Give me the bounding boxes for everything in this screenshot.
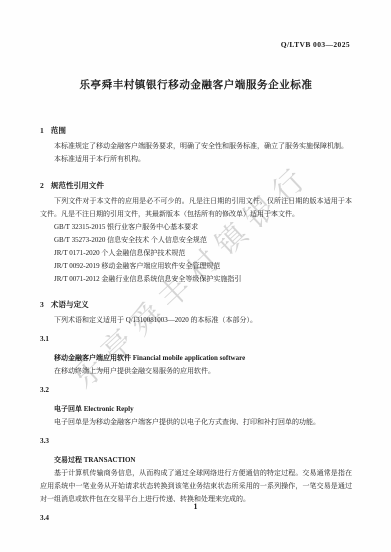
section-1-heading: 1范围 <box>40 124 352 137</box>
section-2-title: 规范性引用文件 <box>51 181 104 190</box>
reference-item: JR/T 0092-2019 移动金融客户端应用软件安全管理规范 <box>40 260 352 273</box>
document-title: 乐亭舜丰村镇银行移动金融客户端服务企业标准 <box>40 78 352 93</box>
section-2-intro: 下列文件对于本文件的应用是必不可少的。凡是注日期的引用文件，仅所注日期的版本适用… <box>40 195 352 221</box>
section-3-title: 术语与定义 <box>51 300 89 309</box>
reference-item: GB/T 32315-2015 银行业客户服务中心基本要求 <box>40 221 352 234</box>
section-2-number: 2 <box>40 181 44 190</box>
term-3-1-definition: 在移动终端上为用户提供金融交易服务的应用软件。 <box>40 365 352 378</box>
term-3-2-definition: 电子回单是为移动金融客户端客户提供的以电子化方式查询、打印和补打回单的功能。 <box>40 416 352 429</box>
page-number: 1 <box>0 502 391 511</box>
term-3-1-number: 3.1 <box>40 333 352 346</box>
reference-item: GB/T 35273-2020 信息安全技术 个人信息安全规范 <box>40 234 352 247</box>
term-3-2-name: 电子回单 Electronic Reply <box>40 403 352 416</box>
section-2-heading: 2规范性引用文件 <box>40 179 352 192</box>
reference-item: JR/T 0071-2012 金融行业信息系统信息安全等级保护实施指引 <box>40 273 352 286</box>
normative-references-list: GB/T 32315-2015 银行业客户服务中心基本要求 GB/T 35273… <box>40 221 352 286</box>
section-3-heading: 3术语与定义 <box>40 298 352 311</box>
document-page: 乐亭舜丰村镇银行 Q/LTVB 003—2025 乐亭舜丰村镇银行移动金融客户端… <box>0 0 391 552</box>
term-3-3-number: 3.3 <box>40 435 352 448</box>
reference-item: JR/T 0171-2020 个人金融信息保护技术规范 <box>40 247 352 260</box>
term-3-3-name: 交易过程 TRANSACTION <box>40 454 352 467</box>
document-body: 乐亭舜丰村镇银行移动金融客户端服务企业标准 1范围 本标准规定了移动金融客户端服… <box>40 0 352 525</box>
section-3-intro: 下列术语和定义适用于 Q/1310081003—2020 的本标准（本部分）。 <box>40 314 352 327</box>
term-3-3-definition: 基于计算机传输商务信息，从而构成了通过全球网络进行方便通信的特定过程。交易通常是… <box>40 467 352 506</box>
term-3-2-number: 3.2 <box>40 384 352 397</box>
term-3-4-number: 3.4 <box>40 512 352 525</box>
section-3-number: 3 <box>40 300 44 309</box>
section-1-number: 1 <box>40 126 44 135</box>
section-1-paragraph-1: 本标准规定了移动金融客户端服务要求，明确了安全性和服务标准，确立了服务实施保障机… <box>40 140 352 153</box>
section-1-title: 范围 <box>51 126 66 135</box>
section-1-paragraph-2: 本标准适用于本行所有机构。 <box>40 153 352 166</box>
term-3-1-name: 移动金融客户端应用软件 Financial mobile application… <box>40 352 352 365</box>
